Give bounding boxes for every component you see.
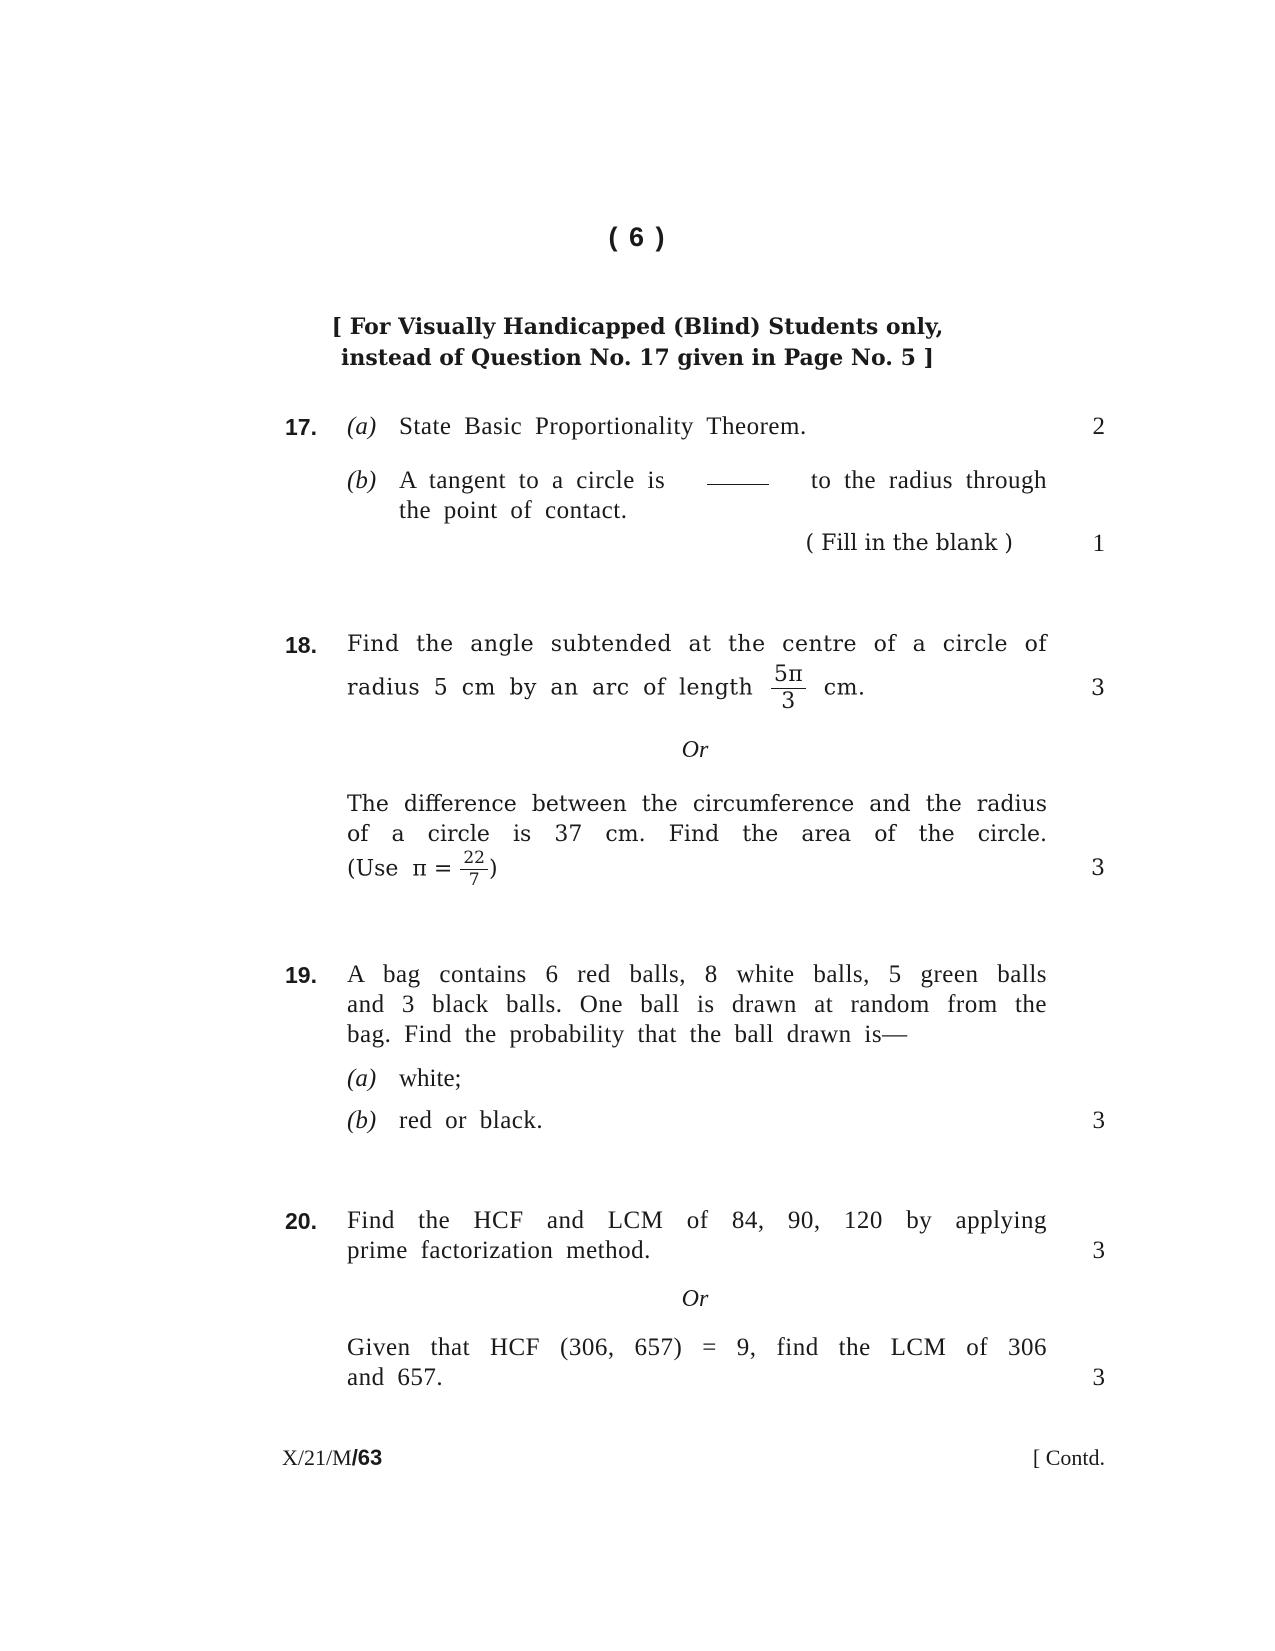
fraction: 5π 3 xyxy=(771,664,806,713)
question-19: 19. A bag contains 6 red balls, 8 white … xyxy=(285,960,1105,1140)
paper-code-number: /63 xyxy=(352,1445,383,1470)
marks: 3 xyxy=(1085,1363,1105,1393)
fraction-numerator: 22 xyxy=(460,850,488,870)
question-text: Find the angle subtended at the centre o… xyxy=(347,630,1047,713)
marks: 3 xyxy=(1085,1236,1105,1266)
alternative-question-text: Given that HCF (306, 657) = 9, find the … xyxy=(347,1333,1047,1393)
paper-code: X/21/M/63 xyxy=(282,1445,382,1471)
question-line-1: Find the HCF and LCM of 84, 90, 120 by a… xyxy=(347,1206,1047,1236)
alt-line-2: and 657. xyxy=(347,1363,1047,1393)
part-label: (a) xyxy=(347,412,376,442)
question-line-1: A bag contains 6 red balls, 8 white ball… xyxy=(347,960,1047,990)
page-number: ( 6 ) xyxy=(0,222,1275,253)
question-number: 20. xyxy=(285,1206,317,1236)
question-18: 18. Find the angle subtended at the cent… xyxy=(285,630,1105,890)
part-label: (b) xyxy=(347,1106,376,1136)
part-text: State Basic Proportionality Theorem. xyxy=(399,412,1047,442)
part-text: red or black. xyxy=(399,1106,1047,1136)
question-line-2: radius 5 cm by an arc of length 5π 3 cm. xyxy=(347,664,1047,713)
text-before-blank: A tangent to a circle is xyxy=(399,466,665,496)
question-number: 17. xyxy=(285,412,317,442)
alt-line-1: Given that HCF (306, 657) = 9, find the … xyxy=(347,1333,1047,1363)
question-text: A bag contains 6 red balls, 8 white ball… xyxy=(347,960,1047,1050)
question-20: 20. Find the HCF and LCM of 84, 90, 120 … xyxy=(285,1206,1105,1416)
question-line-3: bag. Find the probability that the ball … xyxy=(347,1020,1047,1050)
marks: 1 xyxy=(1085,529,1105,559)
fill-blank xyxy=(707,466,769,485)
part-label: (b) xyxy=(347,466,376,496)
question-number: 19. xyxy=(285,960,317,990)
line-text: cm. xyxy=(824,676,866,701)
or-separator: Or xyxy=(285,735,1105,765)
part-label: (a) xyxy=(347,1064,376,1094)
fraction-numerator: 5π xyxy=(771,664,806,689)
alt-line-3: (Use π = 22 7 ) xyxy=(347,850,1047,889)
question-17: 17. (a) State Basic Proportionality Theo… xyxy=(285,412,1105,562)
line-text: (Use π = xyxy=(347,857,452,882)
question-text: Find the HCF and LCM of 84, 90, 120 by a… xyxy=(347,1206,1047,1266)
question-line-2: and 3 black balls. One ball is drawn at … xyxy=(347,990,1047,1020)
continued-marker: [ Contd. xyxy=(1033,1445,1105,1471)
marks: 3 xyxy=(1085,674,1105,704)
blind-students-note: [ For Visually Handicapped (Blind) Stude… xyxy=(0,312,1275,374)
text-after-blank: to the radius through xyxy=(811,466,1047,496)
question-line-1: Find the angle subtended at the centre o… xyxy=(347,630,1047,660)
marks: 2 xyxy=(1085,412,1105,442)
fraction-denominator: 3 xyxy=(771,689,806,713)
part-text: A tangent to a circle is to the radius t… xyxy=(399,466,1047,526)
fill-blank-instruction: ( Fill in the blank ) xyxy=(806,529,1013,559)
paper-code-prefix: X/21/M xyxy=(282,1445,352,1470)
fraction-denominator: 7 xyxy=(460,870,488,889)
note-line-2: instead of Question No. 17 given in Page… xyxy=(0,343,1275,374)
note-line-1: [ For Visually Handicapped (Blind) Stude… xyxy=(0,312,1275,343)
part-text: white; xyxy=(399,1064,1047,1094)
alt-line-1: The difference between the circumference… xyxy=(347,790,1047,820)
line-text: radius 5 cm by an arc of length xyxy=(347,676,753,701)
question-number: 18. xyxy=(285,630,317,660)
marks: 3 xyxy=(1085,854,1105,884)
or-separator: Or xyxy=(285,1284,1105,1314)
fraction: 22 7 xyxy=(460,850,488,889)
marks: 3 xyxy=(1085,1106,1105,1136)
alt-line-2: of a circle is 37 cm. Find the area of t… xyxy=(347,820,1047,850)
part-line-2: the point of contact. xyxy=(399,496,1047,526)
alternative-question-text: The difference between the circumference… xyxy=(347,790,1047,889)
question-line-2: prime factorization method. xyxy=(347,1236,1047,1266)
line-text: ) xyxy=(489,857,498,882)
